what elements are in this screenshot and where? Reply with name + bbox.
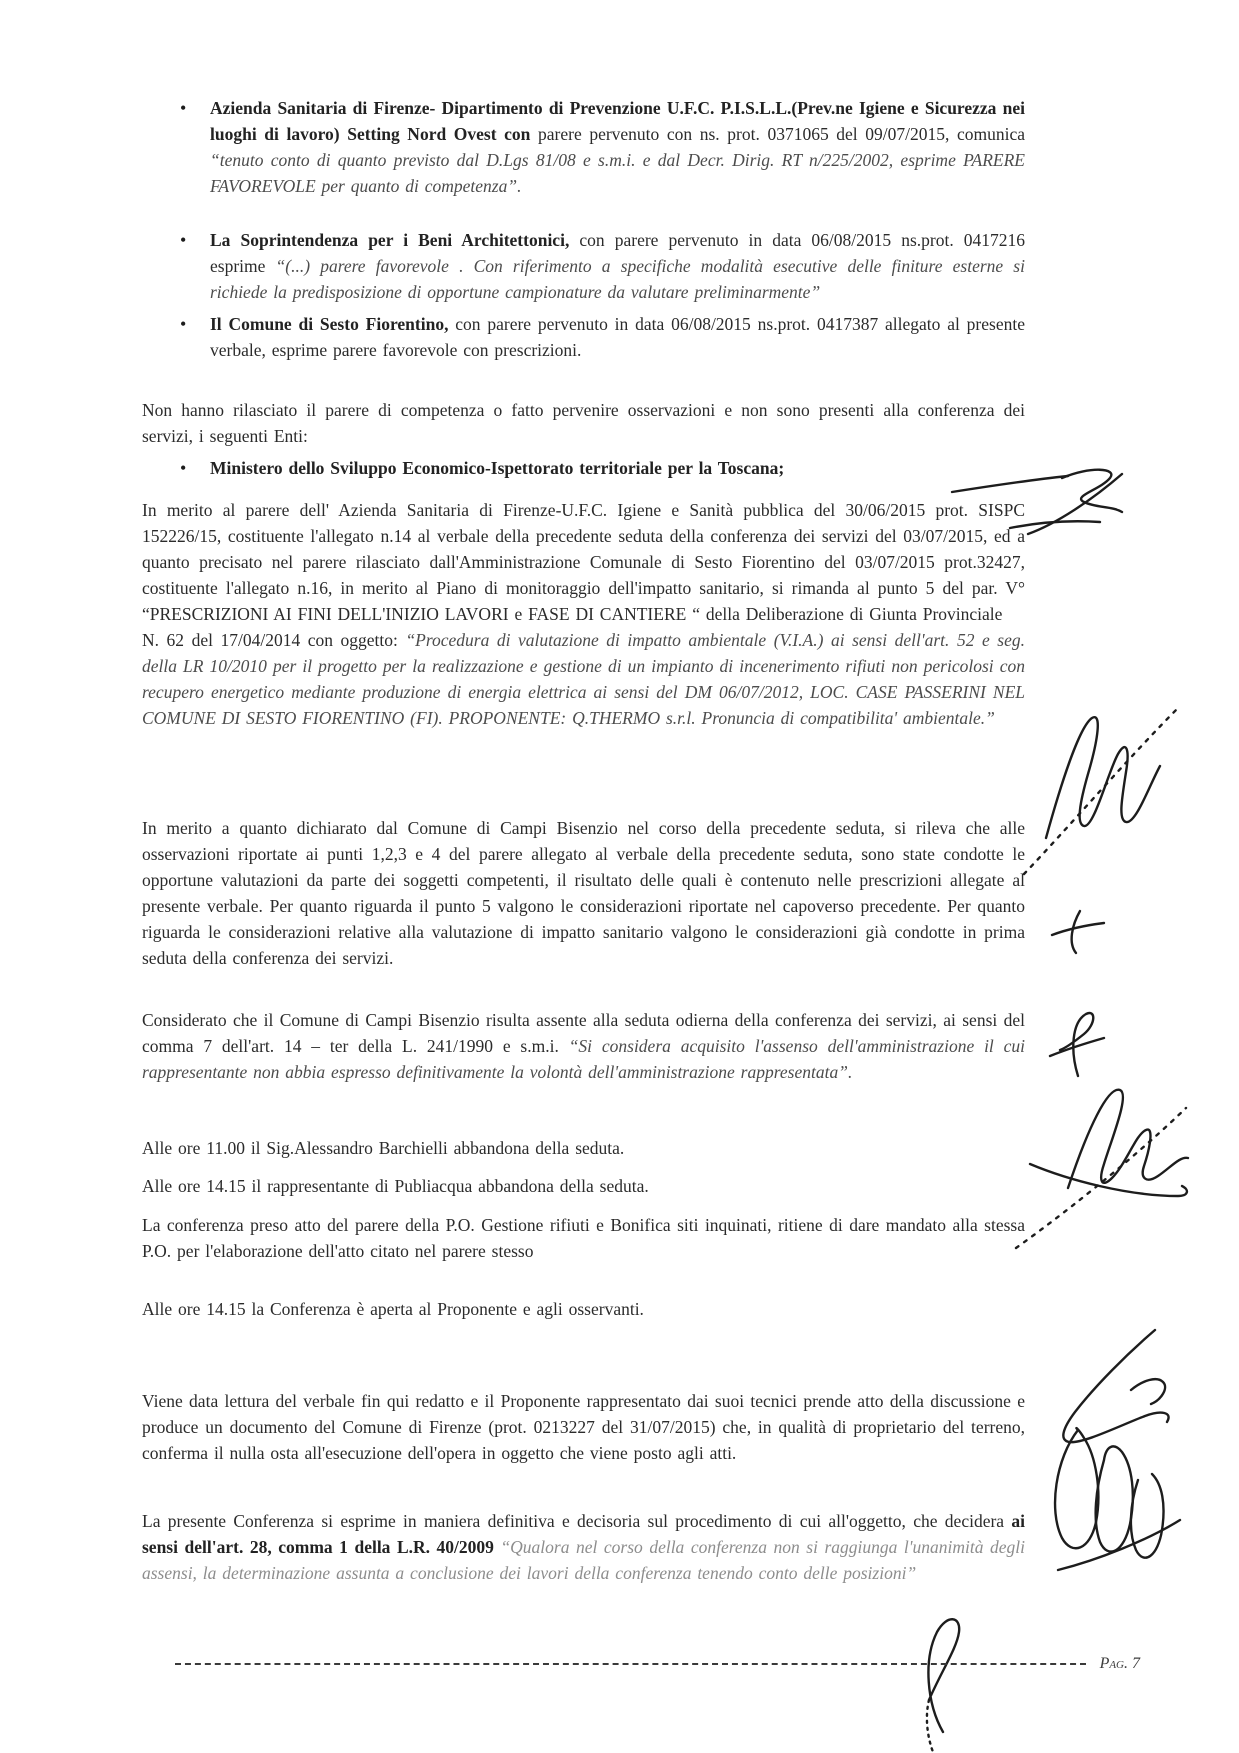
margin-flourish-w [1018,688,1193,888]
bullet-soprintendenza: La Soprintendenza per i Beni Architetton… [142,227,1025,305]
paragraph-parere-asl-rimando: In merito al parere dell' Azienda Sanita… [142,497,1025,731]
enti-assenti-bullet-list: Ministero dello Sviluppo Economico-Ispet… [142,455,1025,481]
footer-signature [893,1612,993,1753]
bullet-quote-italic: “tenuto conto di quanto previsto dal D.L… [210,150,1025,196]
line-abbandono-publiacqua: Alle ore 14.15 il rappresentante di Publ… [142,1173,1025,1199]
paragraph-enti-non-presenti: Non hanno rilasciato il parere di compet… [142,397,1025,449]
bullet-ministero-sviluppo-economico: Ministero dello Sviluppo Economico-Ispet… [142,455,1025,481]
paragraph-decisione-finale: La presente Conferenza si esprime in man… [142,1508,1025,1586]
footer-dashed-rule [175,1663,1086,1665]
bullet-body-text: parere pervenuto con ns. prot. 0371065 d… [538,124,1025,144]
paragraph-campi-bisenzio-osservazioni: In merito a quanto dichiarato dal Comune… [142,815,1025,971]
margin-loop-mark [1038,1008,1113,1083]
margin-cross-mark [1042,905,1112,960]
scanned-document-page: Azienda Sanitaria di Firenze- Dipartimen… [0,0,1239,1753]
bullet-lead-bold: Il Comune di Sesto Fiorentino, [210,314,455,334]
margin-flourish-c [1035,1320,1200,1455]
paragraph-text: La presente Conferenza si esprime in man… [142,1511,1011,1531]
bullet-azienda-sanitaria: Azienda Sanitaria di Firenze- Dipartimen… [142,95,1025,199]
paragraph-text: In merito al parere dell' Azienda Sanita… [142,500,1025,624]
document-body: Azienda Sanitaria di Firenze- Dipartimen… [142,95,1025,1586]
paragraph-mandato-po: La conferenza preso atto del parere dell… [142,1212,1025,1264]
pareri-bullet-list: Azienda Sanitaria di Firenze- Dipartimen… [142,95,1025,363]
bullet-lead-bold: Ministero dello Sviluppo Economico-Ispet… [210,458,784,478]
paragraph-text: N. 62 del 17/04/2014 con oggetto: [142,630,405,650]
bullet-lead-bold: La Soprintendenza per i Beni Architetton… [210,230,579,250]
page-footer: Pag. 7 [175,1655,1140,1673]
page-number: Pag. 7 [1100,1655,1140,1673]
paragraph-lettura-verbale: Viene data lettura del verbale fin qui r… [142,1388,1025,1466]
bullet-comune-sesto-fiorentino: Il Comune di Sesto Fiorentino, con parer… [142,311,1025,363]
bullet-quote-italic: “(...) parere favorevole . Con riferimen… [210,256,1025,302]
paragraph-considerato-assenza: Considerato che il Comune di Campi Bisen… [142,1007,1025,1085]
margin-flourish-mandato [1008,1068,1198,1263]
line-abbandono-barchielli: Alle ore 11.00 il Sig.Alessandro Barchie… [142,1135,1025,1161]
margin-flourish-loops [1038,1400,1193,1585]
line-conferenza-aperta: Alle ore 14.15 la Conferenza è aperta al… [142,1296,1025,1322]
